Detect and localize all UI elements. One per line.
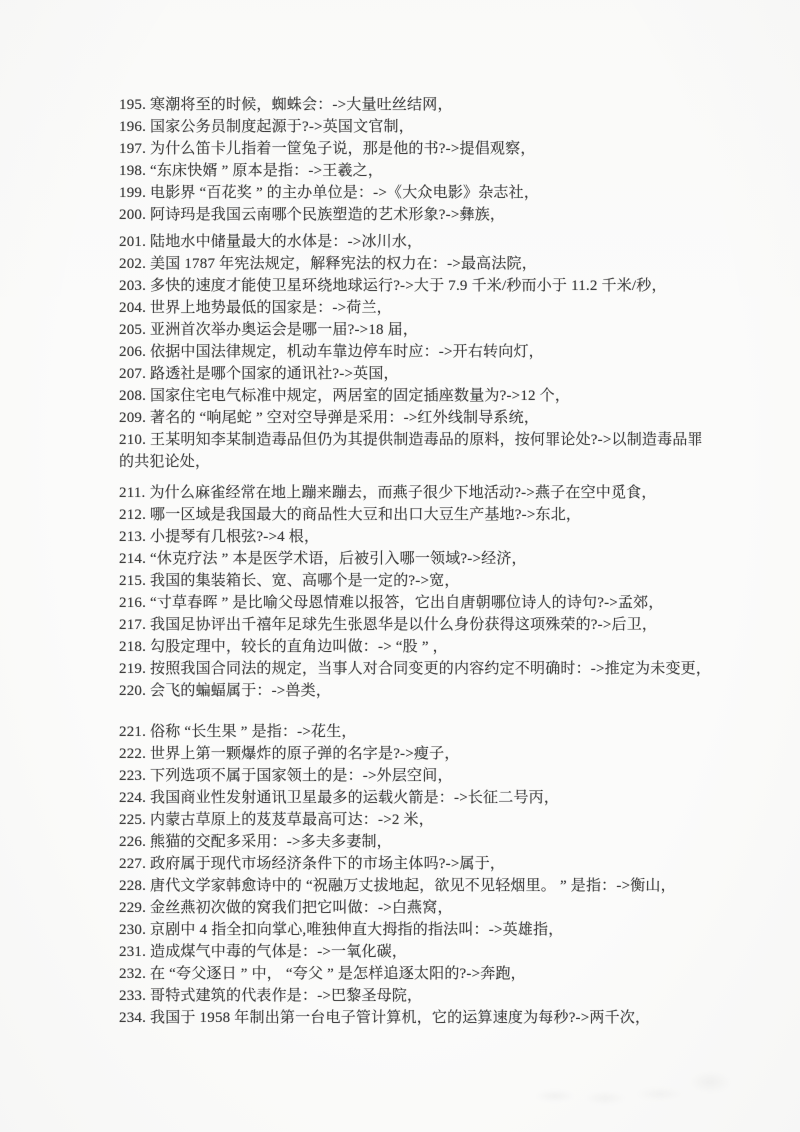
qa-line-197: 197. 为什么笛卡儿指着一筐兔子说，那是他的书?->提倡观察， — [119, 138, 715, 160]
qa-line-199: 199. 电影界 “百花奖 ” 的主办单位是：->《大众电影》杂志社， — [119, 182, 715, 204]
question-text: 路透社是哪个国家的通讯社?->英国， — [150, 366, 399, 382]
question-number: 215. — [119, 573, 150, 589]
qa-line-208: 208. 国家住宅电气标准中规定，两居室的固定插座数量为?->12 个， — [119, 385, 715, 407]
question-text: 陆地水中储量最大的水体是：->冰川水， — [150, 234, 422, 250]
question-text: 亚洲首次举办奥运会是哪一届?->18 届， — [150, 322, 418, 338]
qa-line-202: 202. 美国 1787 年宪法规定，解释宪法的权力在：->最高法院， — [119, 253, 715, 275]
question-number: 214. — [119, 551, 150, 567]
question-number: 228. — [119, 878, 150, 894]
question-group: 195. 寒潮将至的时候，蜘蛛会：->大量吐丝结网，196. 国家公务员制度起源… — [119, 94, 715, 226]
question-text: 我国足协评出千禧年足球先生张恩华是以什么身份获得这项殊荣的?->后卫， — [150, 617, 657, 633]
question-number: 205. — [119, 322, 150, 338]
question-text: 小提琴有几根弦?->4 根， — [150, 529, 319, 545]
question-text: 会飞的蝙蝠属于：->兽类， — [150, 683, 331, 699]
qa-line-214: 214. “休克疗法 ” 本是医学术语，后被引入哪一领域?->经济， — [119, 548, 715, 570]
qa-line-210: 210. 王某明知李某制造毒品但仍为其提供制造毒品的原料，按何罪论处?->以制造… — [119, 429, 715, 473]
question-number: 227. — [119, 856, 150, 872]
qa-line-222: 222. 世界上第一颗爆炸的原子弹的名字是?->瘦子， — [119, 743, 715, 765]
question-text: 我国于 1958 年制出第一台电子管计算机，它的运算速度为每秒?->两千次， — [150, 1010, 650, 1026]
question-text: “东床快婿 ” 原本是指：->王羲之， — [150, 163, 383, 179]
question-number: 201. — [119, 234, 150, 250]
question-number: 225. — [119, 812, 150, 828]
question-text: 政府属于现代市场经济条件下的市场主体吗?->属于， — [150, 856, 505, 872]
qa-line-213: 213. 小提琴有几根弦?->4 根， — [119, 526, 715, 548]
question-text: 熊猫的交配多采用：->多夫多妻制， — [150, 834, 392, 850]
question-text: 哥特式建筑的代表作是：->巴黎圣母院， — [150, 988, 422, 1004]
question-number: 202. — [119, 256, 150, 272]
question-text: 王某明知李某制造毒品但仍为其提供制造毒品的原料，按何罪论处?->以制造毒品罪的共… — [119, 432, 703, 470]
question-number: 218. — [119, 639, 150, 655]
qa-line-209: 209. 著名的 “响尾蛇 ” 空对空导弹是采用：->红外线制导系统， — [119, 407, 715, 429]
qa-line-229: 229. 金丝燕初次做的窝我们把它叫做：->白燕窝， — [119, 897, 715, 919]
qa-line-216: 216. “寸草春晖 ” 是比喻父母恩情难以报答，它出自唐朝哪位诗人的诗句?->… — [119, 592, 715, 614]
qa-line-204: 204. 世界上地势最低的国家是：->荷兰， — [119, 297, 715, 319]
question-number: 195. — [119, 97, 150, 113]
qa-line-196: 196. 国家公务员制度起源于?->英国文官制， — [119, 116, 715, 138]
question-text: 在 “夸父逐日 ” 中， “夸父 ” 是怎样追逐太阳的?->奔跑， — [150, 966, 526, 982]
question-text: 金丝燕初次做的窝我们把它叫做：->白燕窝， — [150, 900, 453, 916]
question-text: 唐代文学家韩愈诗中的 “祝融万丈拔地起，欲见不见轻烟里。 ” 是指：->衡山， — [150, 878, 676, 894]
qa-line-195: 195. 寒潮将至的时候，蜘蛛会：->大量吐丝结网， — [119, 94, 715, 116]
question-number: 203. — [119, 278, 150, 294]
question-number: 226. — [119, 834, 150, 850]
question-number: 211. — [119, 485, 149, 501]
question-number: 222. — [119, 746, 150, 762]
question-text: 国家公务员制度起源于?->英国文官制， — [150, 119, 414, 135]
qa-line-212: 212. 哪一区域是我国最大的商品性大豆和出口大豆生产基地?->东北， — [119, 504, 715, 526]
question-text: 依据中国法律规定，机动车靠边停车时应：->开右转向灯， — [150, 344, 544, 360]
question-text: 我国的集装箱长、宽、高哪个是一定的?->宽， — [150, 573, 460, 589]
qa-line-227: 227. 政府属于现代市场经济条件下的市场主体吗?->属于， — [119, 853, 715, 875]
question-number: 216. — [119, 595, 150, 611]
question-text: 多快的速度才能使卫星环绕地球运行?->大于 7.9 千米/秒而小于 11.2 千… — [150, 278, 667, 294]
faint-watermark — [525, 1054, 745, 1114]
question-number: 209. — [119, 410, 150, 426]
question-number: 199. — [119, 185, 150, 201]
qa-line-200: 200. 阿诗玛是我国云南哪个民族塑造的艺术形象?->彝族， — [119, 204, 715, 226]
qa-line-232: 232. 在 “夸父逐日 ” 中， “夸父 ” 是怎样追逐太阳的?->奔跑， — [119, 963, 715, 985]
qa-line-215: 215. 我国的集装箱长、宽、高哪个是一定的?->宽， — [119, 570, 715, 592]
qa-line-205: 205. 亚洲首次举办奥运会是哪一届?->18 届， — [119, 319, 715, 341]
qa-line-211: 211. 为什么麻雀经常在地上蹦来蹦去，而燕子很少下地活动?->燕子在空中觅食， — [119, 482, 715, 504]
question-text: 阿诗玛是我国云南哪个民族塑造的艺术形象?->彝族， — [150, 207, 505, 223]
question-text: 世界上地势最低的国家是：->荷兰， — [150, 300, 392, 316]
qa-line-230: 230. 京剧中 4 指全扣向掌心,唯独伸直大拇指的指法叫：->英雄指， — [119, 919, 715, 941]
qa-line-220: 220. 会飞的蝙蝠属于：->兽类， — [119, 680, 715, 702]
question-number: 224. — [119, 790, 150, 806]
qa-line-225: 225. 内蒙古草原上的芨芨草最高可达：->2 米， — [119, 809, 715, 831]
question-number: 230. — [119, 922, 150, 938]
qa-line-224: 224. 我国商业性发射通讯卫星最多的运载火箭是：->长征二号丙， — [119, 787, 715, 809]
question-text: “寸草春晖 ” 是比喻父母恩情难以报答，它出自唐朝哪位诗人的诗句?->孟郊， — [150, 595, 664, 611]
question-text: 为什么麻雀经常在地上蹦来蹦去，而燕子很少下地活动?->燕子在空中觅食， — [149, 485, 656, 501]
question-number: 213. — [119, 529, 150, 545]
question-number: 197. — [119, 141, 150, 157]
qa-line-219: 219. 按照我国合同法的规定，当事人对合同变更的内容约定不明确时：->推定为未… — [119, 658, 715, 680]
question-number: 223. — [119, 768, 150, 784]
question-text: 勾股定理中，较长的直角边叫做：-> “股 ” ， — [150, 639, 448, 655]
qa-line-203: 203. 多快的速度才能使卫星环绕地球运行?->大于 7.9 千米/秒而小于 1… — [119, 275, 715, 297]
qa-line-207: 207. 路透社是哪个国家的通讯社?->英国， — [119, 363, 715, 385]
qa-line-206: 206. 依据中国法律规定，机动车靠边停车时应：->开右转向灯， — [119, 341, 715, 363]
qa-line-233: 233. 哥特式建筑的代表作是：->巴黎圣母院， — [119, 985, 715, 1007]
question-text: 俗称 “长生果 ” 是指：->花生， — [150, 724, 357, 740]
question-number: 204. — [119, 300, 150, 316]
question-text: “休克疗法 ” 本是医学术语，后被引入哪一领域?->经济， — [150, 551, 527, 567]
qa-line-218: 218. 勾股定理中，较长的直角边叫做：-> “股 ” ， — [119, 636, 715, 658]
qa-line-198: 198. “东床快婿 ” 原本是指：->王羲之， — [119, 160, 715, 182]
question-number: 231. — [119, 944, 150, 960]
question-text: 国家住宅电气标准中规定，两居室的固定插座数量为?->12 个， — [150, 388, 570, 404]
question-number: 234. — [119, 1010, 150, 1026]
question-number: 198. — [119, 163, 150, 179]
question-number: 217. — [119, 617, 150, 633]
qa-line-223: 223. 下列选项不属于国家领土的是：->外层空间， — [119, 765, 715, 787]
question-text: 京剧中 4 指全扣向掌心,唯独伸直大拇指的指法叫：->英雄指， — [150, 922, 563, 938]
question-group: 211. 为什么麻雀经常在地上蹦来蹦去，而燕子很少下地活动?->燕子在空中觅食，… — [119, 482, 715, 702]
qa-line-201: 201. 陆地水中储量最大的水体是：->冰川水， — [119, 231, 715, 253]
qa-line-221: 221. 俗称 “长生果 ” 是指：->花生， — [119, 721, 715, 743]
question-number: 212. — [119, 507, 150, 523]
question-group: 201. 陆地水中储量最大的水体是：->冰川水，202. 美国 1787 年宪法… — [119, 231, 715, 473]
question-number: 207. — [119, 366, 150, 382]
question-text: 造成煤气中毒的气体是：->一氧化碳， — [150, 944, 407, 960]
qa-line-226: 226. 熊猫的交配多采用：->多夫多妻制， — [119, 831, 715, 853]
question-text: 寒潮将至的时候，蜘蛛会：->大量吐丝结网， — [150, 97, 453, 113]
qa-line-231: 231. 造成煤气中毒的气体是：->一氧化碳， — [119, 941, 715, 963]
question-number: 219. — [119, 661, 150, 677]
question-number: 196. — [119, 119, 150, 135]
question-number: 232. — [119, 966, 150, 982]
qa-line-234: 234. 我国于 1958 年制出第一台电子管计算机，它的运算速度为每秒?->两… — [119, 1007, 715, 1029]
question-text: 著名的 “响尾蛇 ” 空对空导弹是采用：->红外线制导系统， — [150, 410, 539, 426]
question-text: 内蒙古草原上的芨芨草最高可达：->2 米， — [150, 812, 434, 828]
question-number: 208. — [119, 388, 150, 404]
question-list: 195. 寒潮将至的时候，蜘蛛会：->大量吐丝结网，196. 国家公务员制度起源… — [119, 94, 715, 1029]
question-text: 电影界 “百花奖 ” 的主办单位是：->《大众电影》杂志社， — [150, 185, 539, 201]
question-number: 220. — [119, 683, 150, 699]
question-number: 210. — [119, 432, 150, 448]
qa-line-228: 228. 唐代文学家韩愈诗中的 “祝融万丈拔地起，欲见不见轻烟里。 ” 是指：-… — [119, 875, 715, 897]
question-number: 233. — [119, 988, 150, 1004]
question-text: 世界上第一颗爆炸的原子弹的名字是?->瘦子， — [150, 746, 460, 762]
question-number: 229. — [119, 900, 150, 916]
question-text: 下列选项不属于国家领土的是：->外层空间， — [150, 768, 453, 784]
question-text: 按照我国合同法的规定，当事人对合同变更的内容约定不明确时：->推定为未变更， — [150, 661, 711, 677]
question-text: 美国 1787 年宪法规定，解释宪法的权力在：->最高法院， — [150, 256, 537, 272]
question-number: 221. — [119, 724, 150, 740]
question-text: 我国商业性发射通讯卫星最多的运载火箭是：->长征二号丙， — [150, 790, 559, 806]
question-text: 为什么笛卡儿指着一筐兔子说，那是他的书?->提倡观察， — [150, 141, 536, 157]
question-number: 200. — [119, 207, 150, 223]
qa-line-217: 217. 我国足协评出千禧年足球先生张恩华是以什么身份获得这项殊荣的?->后卫， — [119, 614, 715, 636]
question-group: 221. 俗称 “长生果 ” 是指：->花生，222. 世界上第一颗爆炸的原子弹… — [119, 721, 715, 1029]
question-number: 206. — [119, 344, 150, 360]
question-text: 哪一区域是我国最大的商品性大豆和出口大豆生产基地?->东北， — [150, 507, 581, 523]
